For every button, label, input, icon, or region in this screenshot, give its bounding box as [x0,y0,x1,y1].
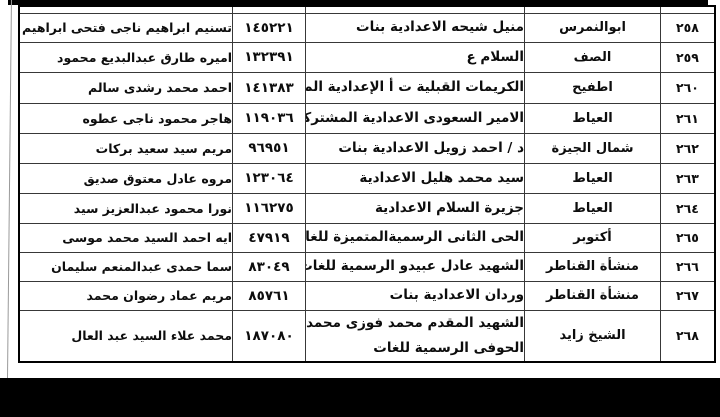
cell-school: سيد محمد هليل الاعدادية [306,163,525,193]
cell-serial: ٢٦٧ [661,281,716,310]
cell-seat-number: ٤٧٩١٩ [233,223,306,252]
cell-seat-number: ١٣٢٣٩١ [233,42,306,72]
cell-district: الشيخ زايد [525,310,661,362]
table-row: ٢٦٣ العياط سيد محمد هليل الاعدادية ١٢٣٠٦… [19,163,715,193]
school-name-line1: د / احمد زويل الاعدادية بنات [306,136,524,161]
cell-district: أكتوبر [525,223,661,252]
table-row: ٢٦٢ شمال الجيزة د / احمد زويل الاعدادية … [19,133,715,163]
school-name-line1: الحى الثانى الرسميةالمتميزة للغات [306,225,524,250]
partial-row-top [19,6,715,13]
cell-serial: ٢٥٩ [661,42,716,72]
cell-student-name: نورا محمود عبدالعزيز سيد [19,193,233,223]
cell-school: الشهيد المقدم محمد فوزى محمد الحوفى الرس… [306,310,525,362]
results-table-body: ٢٥٨ ابوالنمرس منيل شيحه الاعدادية بنات ١… [19,6,715,362]
cell-serial [661,6,716,13]
cell-school: الحى الثانى الرسميةالمتميزة للغات [306,223,525,252]
cell-serial: ٢٦٤ [661,193,716,223]
cell-seat-number: ١١٦٢٧٥ [233,193,306,223]
cell-district: ابوالنمرس [525,13,661,42]
table-row: ٢٦٠ اطفيح الكريمات القبلية ت أ الإعدادية… [19,72,715,103]
cell-serial: ٢٥٨ [661,13,716,42]
cell-serial: ٢٦٨ [661,310,716,362]
cell-district: العياط [525,103,661,133]
cell-seat-number: ٨٥٧٦١ [233,281,306,310]
school-name-line1: الشهيد المقدم محمد فوزى محمد [306,311,524,336]
cell-student-name: تسنيم ابراهيم ناجى فتحى ابراهيم [19,13,233,42]
cell-school: السلام ع [306,42,525,72]
cell-district: الصف [525,42,661,72]
school-name-line1: وردان الاعدادية بنات [306,283,524,308]
cell-student-name: مريم عماد رضوان محمد [19,281,233,310]
cell-school: د / احمد زويل الاعدادية بنات [306,133,525,163]
table-row: ٢٦٥ أكتوبر الحى الثانى الرسميةالمتميزة ل… [19,223,715,252]
cell-student-name: احمد محمد رشدى سالم [19,72,233,103]
cell-serial: ٢٦١ [661,103,716,133]
table-row: ٢٦١ العياط الامير السعودى الاعدادية المش… [19,103,715,133]
cell-serial: ٢٦٢ [661,133,716,163]
cell-serial: ٢٦٣ [661,163,716,193]
table-row: ٢٦٤ العياط جزيرة السلام الاعدادية ١١٦٢٧٥… [19,193,715,223]
cell-seat-number: ١١٩٠٣٦ [233,103,306,133]
cell-student-name: سما حمدى عبدالمنعم سليمان [19,252,233,281]
cell-serial: ٢٦٠ [661,72,716,103]
table-row: ٢٥٨ ابوالنمرس منيل شيحه الاعدادية بنات ١… [19,13,715,42]
cell-school: وردان الاعدادية بنات [306,281,525,310]
cell-serial: ٢٦٥ [661,223,716,252]
table-row: ٢٥٩ الصف السلام ع ١٣٢٣٩١ اميره طارق عبدا… [19,42,715,72]
cell-district: اطفيح [525,72,661,103]
bottom-scan-bar [0,378,720,417]
cell-seat-number: ١٤١٣٨٣ [233,72,306,103]
cell-student-name: هاجر محمود ناجى عطوه [19,103,233,133]
cell-seat-number: ٩٦٩٥١ [233,133,306,163]
cell-seat-number: ١٨٧٠٨٠ [233,310,306,362]
cell-district: شمال الجيزة [525,133,661,163]
school-name-line1: منيل شيحه الاعدادية بنات [306,15,524,40]
cell-seat-number: ١٢٣٠٦٤ [233,163,306,193]
cell-district: العياط [525,163,661,193]
cell-student-name [19,6,233,13]
cell-seat-number: ٨٣٠٤٩ [233,252,306,281]
school-name-line1: سيد محمد هليل الاعدادية [306,166,524,191]
cell-student-name: اميره طارق عبدالبديع محمود [19,42,233,72]
cell-school: الشهيد عادل عبيدو الرسمية للغات [306,252,525,281]
school-name-line2: الحوفى الرسمية للغات [306,336,524,361]
school-name-line1: الكريمات القبلية ت أ الإعدادية المشتركة [306,75,524,100]
cell-seat-number: ١٤٥٢٢١ [233,13,306,42]
cell-seat-number [233,6,306,13]
school-name-line1: جزيرة السلام الاعدادية [306,196,524,221]
cell-school: منيل شيحه الاعدادية بنات [306,13,525,42]
cell-serial: ٢٦٦ [661,252,716,281]
table-row: ٢٦٨ الشيخ زايد الشهيد المقدم محمد فوزى م… [19,310,715,362]
cell-district: منشأة القناطر [525,281,661,310]
school-name-line1: الامير السعودى الاعدادية المشتركة [306,106,524,131]
cell-district [525,6,661,13]
cell-student-name: مروه عادل معتوق صديق [19,163,233,193]
cell-school: الكريمات القبلية ت أ الإعدادية المشتركة [306,72,525,103]
table-row: ٢٦٧ منشأة القناطر وردان الاعدادية بنات ٨… [19,281,715,310]
exam-results-table: ٢٥٨ ابوالنمرس منيل شيحه الاعدادية بنات ١… [18,5,716,363]
page-edge-scan-line [7,0,12,381]
table-row: ٢٦٦ منشأة القناطر الشهيد عادل عبيدو الرس… [19,252,715,281]
cell-school [306,6,525,13]
cell-student-name: محمد علاء السيد عبد العال [19,310,233,362]
cell-district: منشأة القناطر [525,252,661,281]
school-name-line1: السلام ع [306,45,524,70]
cell-school: جزيرة السلام الاعدادية [306,193,525,223]
cell-student-name: مريم سيد سعيد بركات [19,133,233,163]
cell-district: العياط [525,193,661,223]
cell-school: الامير السعودى الاعدادية المشتركة [306,103,525,133]
scanned-results-page: ٢٥٨ ابوالنمرس منيل شيحه الاعدادية بنات ١… [0,0,720,417]
school-name-line1: الشهيد عادل عبيدو الرسمية للغات [306,254,524,279]
cell-student-name: ايه احمد السيد محمد موسى [19,223,233,252]
